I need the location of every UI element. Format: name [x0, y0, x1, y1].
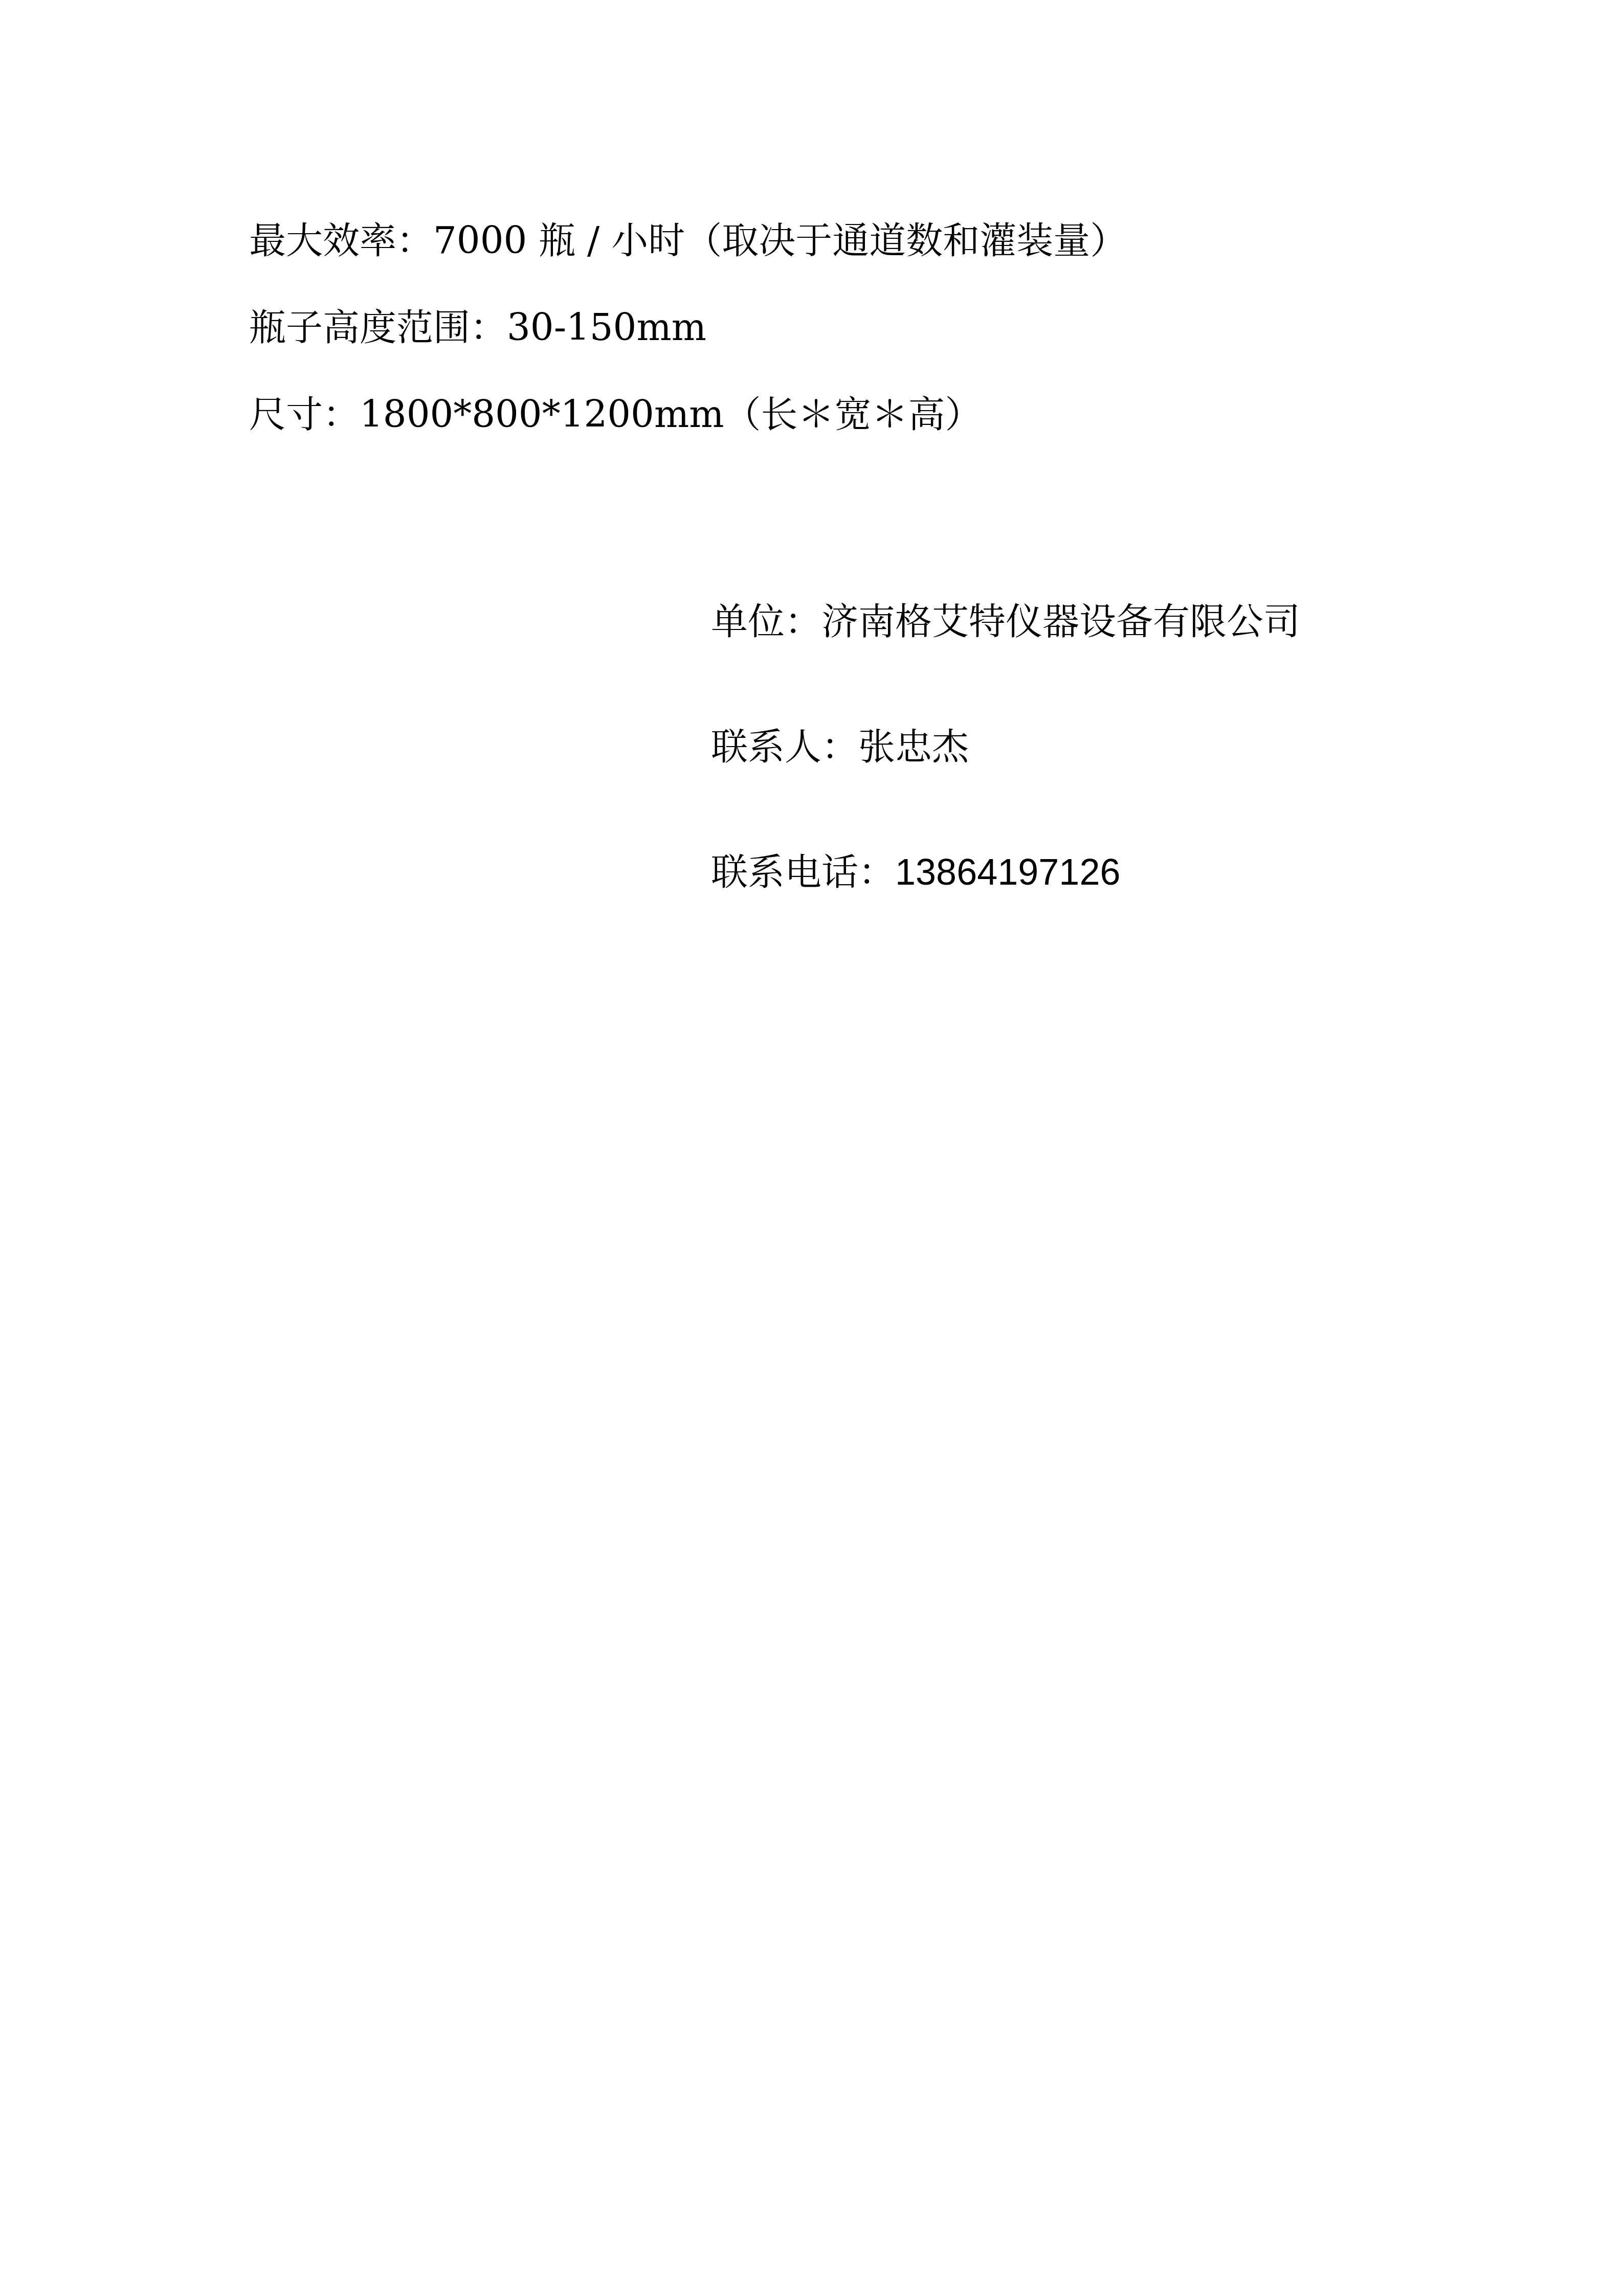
contact-unit: 单位：济南格艾特仪器设备有限公司 — [711, 598, 1300, 644]
phone-value: 13864197126 — [895, 852, 1120, 893]
contact-person: 联系人：张忠杰 — [711, 724, 969, 770]
spec-label: 瓶子高度范围： — [249, 306, 507, 349]
unit-value: 济南格艾特仪器设备有限公司 — [821, 600, 1300, 643]
phone-label: 联系电话： — [711, 850, 895, 893]
spec-label: 尺寸： — [249, 393, 360, 436]
spec-value: 1800*800*1200mm（长＊宽＊高） — [360, 393, 982, 436]
spec-label: 最大效率： — [249, 219, 433, 262]
contact-phone: 联系电话：13864197126 — [711, 849, 1121, 895]
spec-max-efficiency: 最大效率：7000 瓶 / 小时（取决于通道数和灌装量） — [249, 217, 1127, 263]
person-value: 张忠杰 — [858, 725, 969, 768]
spec-bottle-height-range: 瓶子高度范围：30-150mm — [249, 304, 706, 350]
spec-value: 30-150mm — [507, 306, 706, 349]
spec-dimensions: 尺寸：1800*800*1200mm（长＊宽＊高） — [249, 391, 982, 437]
person-label: 联系人： — [711, 725, 858, 768]
spec-value: 7000 瓶 / 小时（取决于通道数和灌装量） — [433, 219, 1127, 262]
unit-label: 单位： — [711, 600, 821, 643]
